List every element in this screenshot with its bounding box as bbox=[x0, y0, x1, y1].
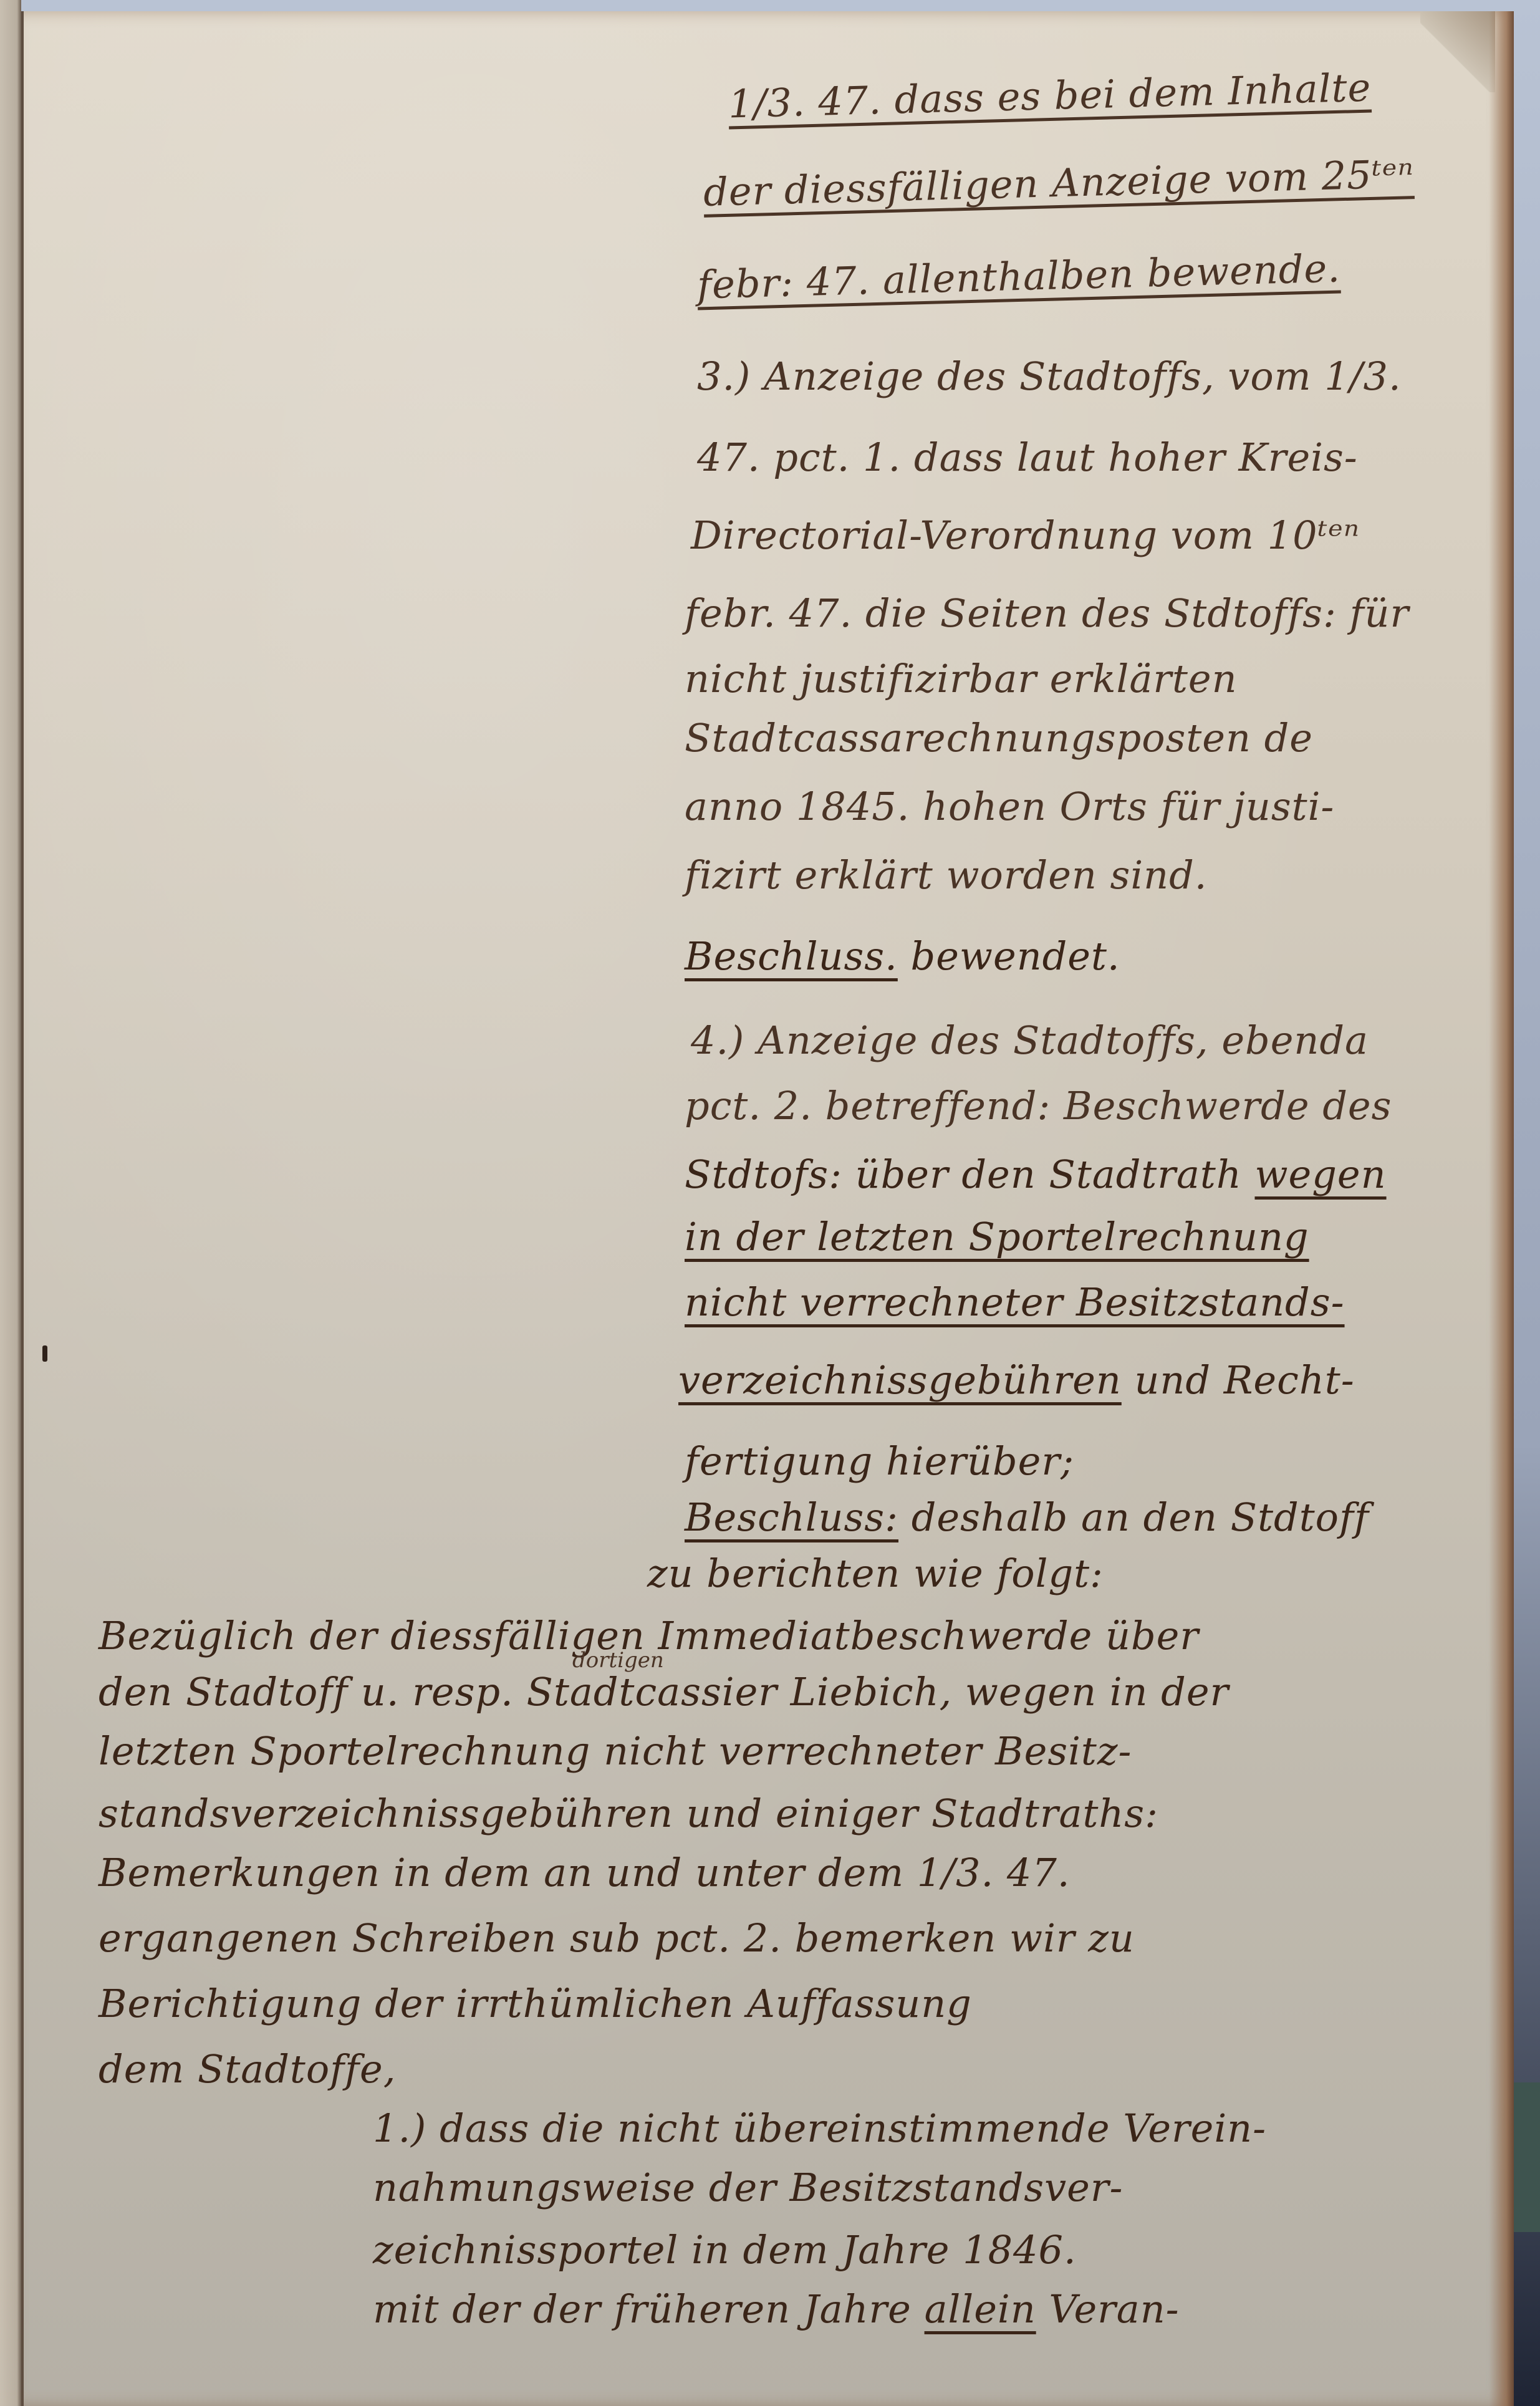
manuscript-page: 1/3. 47. dass es bei dem Inhalte der die… bbox=[21, 11, 1514, 2406]
manuscript-line-decision: Beschluss: deshalb an den Stdtoff bbox=[685, 1498, 1369, 1537]
manuscript-line: 3.) Anzeige des Stadtoffs, vom 1/3. bbox=[697, 357, 1402, 396]
manuscript-line: anno 1845. hohen Orts für justi- bbox=[685, 787, 1334, 826]
decision-text: deshalb an den Stdtoff bbox=[912, 1494, 1369, 1540]
manuscript-line: fertigung hierüber; bbox=[685, 1442, 1074, 1481]
manuscript-line: nicht justifizirbar erklärten bbox=[685, 660, 1238, 698]
manuscript-line: verzeichnissgebühren und Recht- bbox=[678, 1361, 1355, 1400]
manuscript-line: zeichnissportel in dem Jahre 1846. bbox=[373, 2231, 1077, 2269]
binding-cloth bbox=[1511, 2082, 1540, 2232]
folded-corner bbox=[1420, 11, 1495, 92]
manuscript-line: febr: 47. allenthalben bewende. bbox=[696, 249, 1340, 305]
manuscript-line: 4.) Anzeige des Stadtoffs, ebenda bbox=[691, 1021, 1369, 1060]
underlined-word: allein bbox=[925, 2286, 1036, 2332]
manuscript-line: 47. pct. 1. dass laut hoher Kreis- bbox=[697, 438, 1358, 477]
manuscript-line: nahmungsweise der Besitzstandsver- bbox=[373, 2168, 1123, 2207]
decision-text: bewendet. bbox=[911, 933, 1120, 979]
manuscript-line: Stadtcassarechnungsposten de bbox=[685, 719, 1313, 758]
manuscript-line: febr. 47. die Seiten des Stdtoffs: für bbox=[685, 594, 1409, 633]
previous-page-edge bbox=[0, 0, 21, 2406]
manuscript-line: in der letzten Sportelrechnung bbox=[685, 1218, 1309, 1256]
line-text: Stdtofs: über den Stadtrath bbox=[685, 1152, 1254, 1197]
manuscript-line: Directorial-Verordnung vom 10ᵗᵉⁿ bbox=[691, 516, 1360, 555]
manuscript-line: der diessfälligen Anzeige vom 25ᵗᵉⁿ bbox=[703, 155, 1414, 212]
manuscript-line: ergangenen Schreiben sub pct. 2. bemerke… bbox=[99, 1919, 1135, 1958]
manuscript-line: zu berichten wie folgt: bbox=[647, 1554, 1104, 1593]
underlined-word: verzeichnissgebühren bbox=[678, 1357, 1122, 1403]
manuscript-line: 1/3. 47. dass es bei dem Inhalte bbox=[728, 69, 1372, 124]
manuscript-line: Bemerkungen in dem an und unter dem 1/3.… bbox=[99, 1854, 1071, 1892]
underlined-word: wegen bbox=[1254, 1152, 1386, 1197]
photo-scene: 1/3. 47. dass es bei dem Inhalte der die… bbox=[0, 0, 1540, 2406]
manuscript-line: fizirt erklärt worden sind. bbox=[685, 856, 1208, 895]
line-text: und Recht- bbox=[1122, 1357, 1355, 1403]
manuscript-line: den Stadtoff u. resp. Stadtcassier Liebi… bbox=[99, 1673, 1229, 1711]
decision-label: Beschluss. bbox=[685, 933, 898, 979]
margin-ink-mark bbox=[42, 1345, 47, 1362]
decision-label: Beschluss: bbox=[685, 1494, 898, 1540]
manuscript-line: pct. 2. betreffend: Beschwerde des bbox=[685, 1087, 1392, 1125]
manuscript-line: Berichtigung der irrthümlichen Auffassun… bbox=[99, 1985, 972, 2023]
manuscript-line-decision: Beschluss. bewendet. bbox=[685, 937, 1120, 976]
line-text: mit der der früheren Jahre bbox=[373, 2286, 925, 2332]
manuscript-line: nicht verrechneter Besitzstands- bbox=[685, 1283, 1345, 1322]
line-text: Veran- bbox=[1036, 2286, 1180, 2332]
manuscript-line: letzten Sportelrechnung nicht verrechnet… bbox=[99, 1732, 1132, 1771]
manuscript-line: 1.) dass die nicht übereinstimmende Vere… bbox=[373, 2109, 1266, 2148]
manuscript-line: Stdtofs: über den Stadtrath wegen bbox=[685, 1155, 1387, 1194]
manuscript-line: standsverzeichnissgebühren und einiger S… bbox=[99, 1794, 1158, 1833]
manuscript-line: mit der der früheren Jahre allein Veran- bbox=[373, 2290, 1180, 2329]
manuscript-line: dem Stadtoffe, bbox=[99, 2050, 396, 2089]
